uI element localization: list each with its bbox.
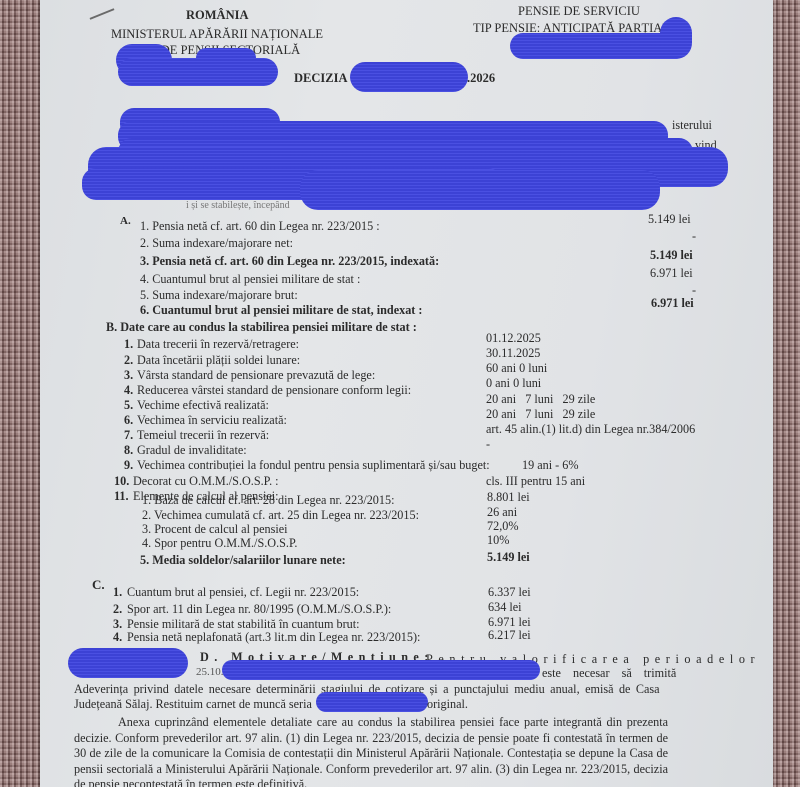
section-b-row-value: - [486, 437, 490, 451]
section-c-row-label: Pensia netă neplafonată (art.3 lit.m din… [127, 630, 420, 644]
section-b-row-label: Vechimea în serviciu realizată: [137, 413, 287, 427]
header-ministry: MINISTERUL APĂRĂRII NAȚIONALE [111, 27, 323, 41]
section-b-row-num: 4. [124, 383, 133, 397]
calc-element-value: 26 ani [487, 505, 517, 519]
section-b-row-label: Vechime efectivă realizată: [137, 398, 269, 412]
section-c-row-label: Cuantum brut al pensiei, cf. Legii nr. 2… [127, 585, 359, 599]
section-d-line4-end: original. [427, 697, 468, 711]
section-b-row-label: Gradul de invaliditate: [137, 443, 247, 457]
section-b-row-value: 20 ani 7 luni 29 zile [486, 407, 595, 421]
redaction-pension-type-end [660, 17, 692, 59]
section-b-row-label: Data încetării plății soldei lunare: [137, 353, 300, 367]
section-b-row-num: 8. [124, 443, 133, 457]
section-b-row-value: 01.12.2025 [486, 331, 541, 345]
section-a-row-3-value: 5.149 lei [650, 248, 693, 262]
section-b-row-value: 60 ani 0 luni [486, 361, 547, 375]
section-c-row-num: 2. [113, 602, 122, 616]
intro-fragment-1: isterului [672, 118, 712, 132]
section-b-row-num: 1. [124, 337, 133, 351]
intro-fragment-3: i și se stabilește, începând [186, 199, 290, 213]
section-c-row-label: Spor art. 11 din Legea nr. 80/1995 (O.M.… [127, 602, 391, 616]
section-b-row-num: 2. [124, 353, 133, 367]
section-b-row-label: Decorat cu O.M.M./S.O.S.P. : [133, 474, 279, 488]
section-b-row-num: 7. [124, 428, 133, 442]
section-c-row-label: Pensie militară de stat stabilită în cua… [127, 617, 360, 631]
section-b-title: B. Date care au condus la stabilirea pen… [106, 320, 417, 334]
redaction-d-periods [222, 660, 540, 680]
redaction-decision-number [350, 62, 468, 92]
section-a-letter: A. [120, 214, 131, 228]
section-b-row-num: 11. [114, 489, 129, 503]
section-a-row-6-value: 6.971 lei [651, 296, 694, 310]
section-b-row-label: Data trecerii în rezervă/retragere: [137, 337, 299, 351]
section-a-row-3-label: 3. Pensia netă cf. art. 60 din Legea nr.… [140, 254, 439, 268]
section-c-letter: C. [92, 578, 105, 592]
calc-element-label: 5. Media soldelor/salariilor lunare nete… [140, 553, 346, 567]
section-b-row-num: 3. [124, 368, 133, 382]
section-b-row-label: Reducerea vârstei standard de pensionare… [137, 383, 411, 397]
section-a-row-1-label: 1. Pensia netă cf. art. 60 din Legea nr.… [140, 219, 380, 233]
decision-year: .2026 [467, 71, 495, 85]
section-b-row-num: 5. [124, 398, 133, 412]
calc-element-value: 5.149 lei [487, 550, 530, 564]
section-a-row-4-label: 4. Cuantumul brut al pensiei militare de… [140, 272, 360, 286]
redaction-d-series [316, 692, 428, 712]
section-c-row-value: 6.217 lei [488, 628, 531, 642]
section-c-row-num: 4. [113, 630, 122, 644]
section-c-row-value: 6.971 lei [488, 615, 531, 629]
section-b-row-num: 6. [124, 413, 133, 427]
redaction-intro-6 [300, 170, 660, 210]
section-b-row-value: 0 ani 0 luni [486, 376, 541, 390]
section-b-row-value: art. 45 alin.(1) lit.d) din Legea nr.384… [486, 422, 695, 436]
calc-element-label: 1. Baza de calcul cf. art. 28 din Legea … [142, 493, 394, 507]
calc-element-label: 4. Spor pentru O.M.M./S.O.S.P. [142, 536, 297, 550]
section-a-row-2-label: 2. Suma indexare/majorare net: [140, 236, 293, 250]
section-b-row-num: 9. [124, 458, 133, 472]
section-b-row-value: cls. III pentru 15 ani [486, 474, 585, 488]
redaction-d-left [68, 648, 188, 678]
section-d-line4-start: Județeană Sălaj. Restituim carnet de mun… [74, 697, 312, 711]
section-b-row-num: 10. [114, 474, 129, 488]
redaction-office-mid [196, 48, 256, 68]
section-a-row-5-value: - [692, 283, 696, 297]
section-b-row-value: 30.11.2025 [486, 346, 540, 360]
section-b-row-label: Temeiul trecerii în rezervă: [137, 428, 269, 442]
decision-label: DECIZIA [294, 71, 348, 85]
section-d-line2-end: este necesar să trimită [542, 666, 676, 680]
calc-element-label: 3. Procent de calcul al pensiei [142, 522, 288, 536]
section-a-row-4-value: 6.971 lei [650, 266, 693, 280]
section-b-row-value: 20 ani 7 luni 29 zile [486, 392, 595, 406]
section-b-row-label: Vechimea contribuției la fondul pentru p… [137, 458, 490, 472]
calc-element-value: 10% [487, 533, 509, 547]
section-c-row-value: 634 lei [488, 600, 522, 614]
section-a-row-6-label: 6. Cuantumul brut al pensiei militare de… [140, 303, 422, 317]
section-b-row-label: Vârsta standard de pensionare prevazută … [137, 368, 375, 382]
closing-paragraph: Anexa cuprinzând elementele detaliate ca… [74, 715, 668, 787]
calc-element-value: 8.801 lei [487, 490, 530, 504]
section-c-row-value: 6.337 lei [488, 585, 531, 599]
section-a-row-5-label: 5. Suma indexare/majorare brut: [140, 288, 298, 302]
calc-element-label: 2. Vechimea cumulată cf. art. 25 din Leg… [142, 508, 419, 522]
header-country: ROMÂNIA [186, 8, 249, 22]
pension-category: PENSIE DE SERVICIU [518, 4, 640, 18]
section-a-row-1-value: 5.149 lei [648, 212, 691, 226]
section-b-row-value: 19 ani - 6% [522, 458, 579, 472]
section-c-row-num: 3. [113, 617, 122, 631]
calc-element-value: 72,0% [487, 519, 518, 533]
section-a-row-2-value: - [692, 229, 696, 243]
section-c-row-num: 1. [113, 585, 122, 599]
